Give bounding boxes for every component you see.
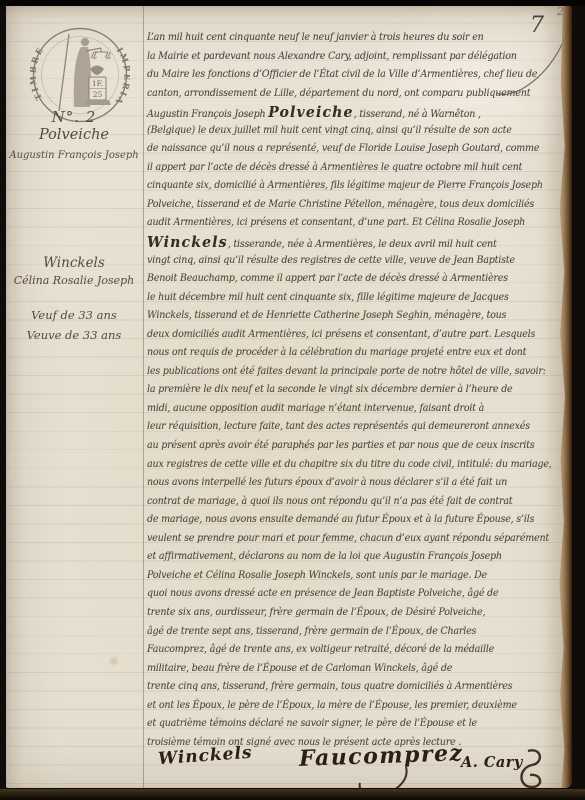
margin-groom-surname: Polveiche (6, 127, 142, 143)
stamp-ring-left-text: TIMBRE (30, 44, 46, 102)
stamp-value-bottom: 25 (93, 90, 103, 99)
act-number: N°. 2 (6, 108, 142, 126)
manuscript-line: et affirmativement, déclarons au nom de … (147, 548, 532, 567)
manuscript-line: quoi nous avons dressé acte en présence … (147, 585, 532, 604)
manuscript-line: cinquante six, domicilié à Armentières, … (147, 177, 532, 196)
manuscript-line: Augustin François Joseph Polveiche, tiss… (147, 103, 532, 122)
register-page: TIMBRE IMPERIAL (6, 5, 572, 788)
manuscript-line: leur réquisition, lecture faite, tant de… (147, 418, 532, 437)
manuscript-line: de mariage, nous avons ensuite demandé a… (147, 511, 532, 530)
emphasized-surname: Winckels (147, 233, 228, 251)
emphasized-surname: Polveiche (268, 103, 353, 121)
manuscript-line: la première le dix neuf et la seconde le… (147, 381, 532, 400)
margin-rule-line (143, 5, 144, 788)
manuscript-line: et ont les Époux, le père de l’Époux, la… (147, 697, 532, 716)
manuscript-line: Faucomprez, âgé de trente ans, ex voltig… (147, 641, 532, 660)
manuscript-line: Polveiche et Célina Rosalie Joseph Winck… (147, 567, 532, 586)
manuscript-line: trente six ans, ourdisseur, frère germai… (147, 604, 532, 623)
officer-paraph-icon (512, 747, 548, 788)
manuscript-line: nous avons interpellé les futurs époux d… (147, 474, 532, 493)
manuscript-line: et quatrième témoins déclaré ne savoir s… (147, 715, 532, 734)
manuscript-line: (Belgique) le deux juillet mil huit cent… (147, 122, 532, 141)
svg-text:TIMBRE: TIMBRE (30, 44, 46, 102)
margin-bride-surname: Winckels (6, 255, 142, 271)
manuscript-line: la Mairie et pardevant nous Alexandre Ca… (147, 48, 532, 67)
manuscript-line: au présent après avoir été paraphés par … (147, 437, 532, 456)
manuscript-line: aux registres de cette ville et du chapi… (147, 456, 532, 475)
manuscript-line: deux domiciliés audit Armentières, ici p… (147, 326, 532, 345)
margin-groom-given-names: Augustin François Joseph (9, 149, 138, 161)
manuscript-line: Winckels, tisserande, née à Armentières,… (147, 233, 532, 252)
manuscript-line: veulent se prendre pour mari et pour fem… (147, 530, 532, 549)
manuscript-line: Benoit Beauchamp, comme il appert par l’… (147, 270, 532, 289)
manuscript-line: trente cinq ans, tisserand, frère germai… (147, 678, 532, 697)
eagle-icon (90, 66, 104, 76)
signature-tail-flourish-icon (344, 765, 414, 788)
stamp-value-top: 1F. (92, 79, 103, 88)
manuscript-line: âgé de trente sept ans, tisserand, frère… (147, 623, 532, 642)
scanned-register-photo: TIMBRE IMPERIAL (0, 0, 585, 800)
manuscript-line: L’an mil huit cent cinquante neuf le neu… (147, 29, 532, 48)
manuscript-line: Polveiche, tisserand et de Marie Christi… (147, 196, 532, 215)
justice-figure-icon: 1F. 25 (59, 34, 111, 111)
manuscript-line: vingt cinq, ainsi qu’il résulte des regi… (147, 252, 532, 271)
pen-flourish-icon (492, 19, 572, 111)
manuscript-line: les publications ont été faites devant l… (147, 363, 532, 382)
manuscript-line: audit Armentières, ici présens et consen… (147, 214, 532, 233)
margin-bride-given-names: Célina Rosalie Joseph (6, 274, 142, 287)
act-body: L’an mil huit cent cinquante neuf le neu… (147, 29, 561, 752)
margin-groom-status: Veuf de 33 ans (6, 308, 142, 322)
manuscript-line: nous ont requis de procéder à la célébra… (147, 344, 532, 363)
manuscript-line: le huit décembre mil huit cent cinquante… (147, 289, 532, 308)
manuscript-line: midi, aucune opposition audit mariage n’… (147, 400, 532, 419)
margin-bride-status: Veuve de 33 ans (6, 328, 142, 342)
manuscript-line: militaire, beau frère de l’Épouse et de … (147, 660, 532, 679)
manuscript-line: contrat de mariage, à quoi ils nous ont … (147, 493, 532, 512)
manuscript-line: de naissance qu’il nous a représenté, ve… (147, 140, 532, 159)
manuscript-line: du Maire les fonctions d’Officier de l’É… (147, 66, 532, 85)
manuscript-line: Winckels, tisserand et de Henriette Cath… (147, 307, 532, 326)
manuscript-line: canton, arrondissement de Lille, départe… (147, 85, 532, 104)
manuscript-line: il appert par l’acte de décès dressé à A… (147, 159, 532, 178)
